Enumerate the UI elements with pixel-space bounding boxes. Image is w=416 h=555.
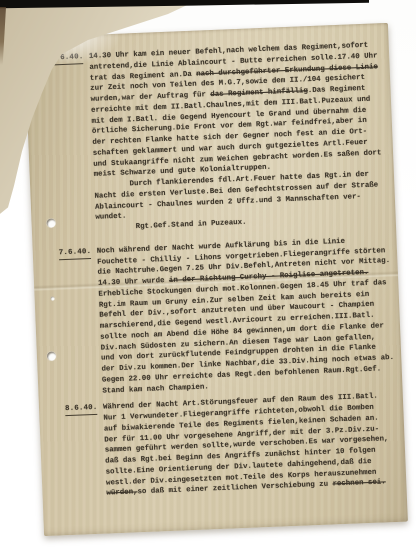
punch-hole bbox=[46, 218, 55, 227]
entry-date: 7.6.40. bbox=[59, 247, 92, 260]
photo-of-document: 6.6.40.14.30 Uhr kam ein neuer Befehl,na… bbox=[0, 0, 416, 555]
punch-hole bbox=[47, 351, 56, 360]
struck-text: rechnen sei. bbox=[332, 479, 386, 489]
diary-entry: 6.6.40.14.30 Uhr kam ein neuer Befehl,na… bbox=[51, 40, 394, 236]
text-segment: wundet. bbox=[95, 213, 126, 222]
entry-date: 8.6.40. bbox=[65, 403, 98, 416]
text-segment: .Das Regiment bbox=[308, 85, 366, 95]
paper-flaw-dot bbox=[51, 296, 55, 300]
text-area: 6.6.40.14.30 Uhr kam ein neuer Befehl,na… bbox=[51, 40, 405, 501]
document-page: 6.6.40.14.30 Uhr kam ein neuer Befehl,na… bbox=[24, 23, 408, 536]
struck-text: würden, bbox=[106, 489, 137, 498]
text-segment: 14.30 Uhr wurde bbox=[98, 277, 169, 288]
diary-entry: 8.6.40.Während der Nacht Art.Störungsfeu… bbox=[65, 391, 405, 501]
diary-entry: 7.6.40.Noch während der Nacht wurde Aufk… bbox=[59, 235, 401, 399]
